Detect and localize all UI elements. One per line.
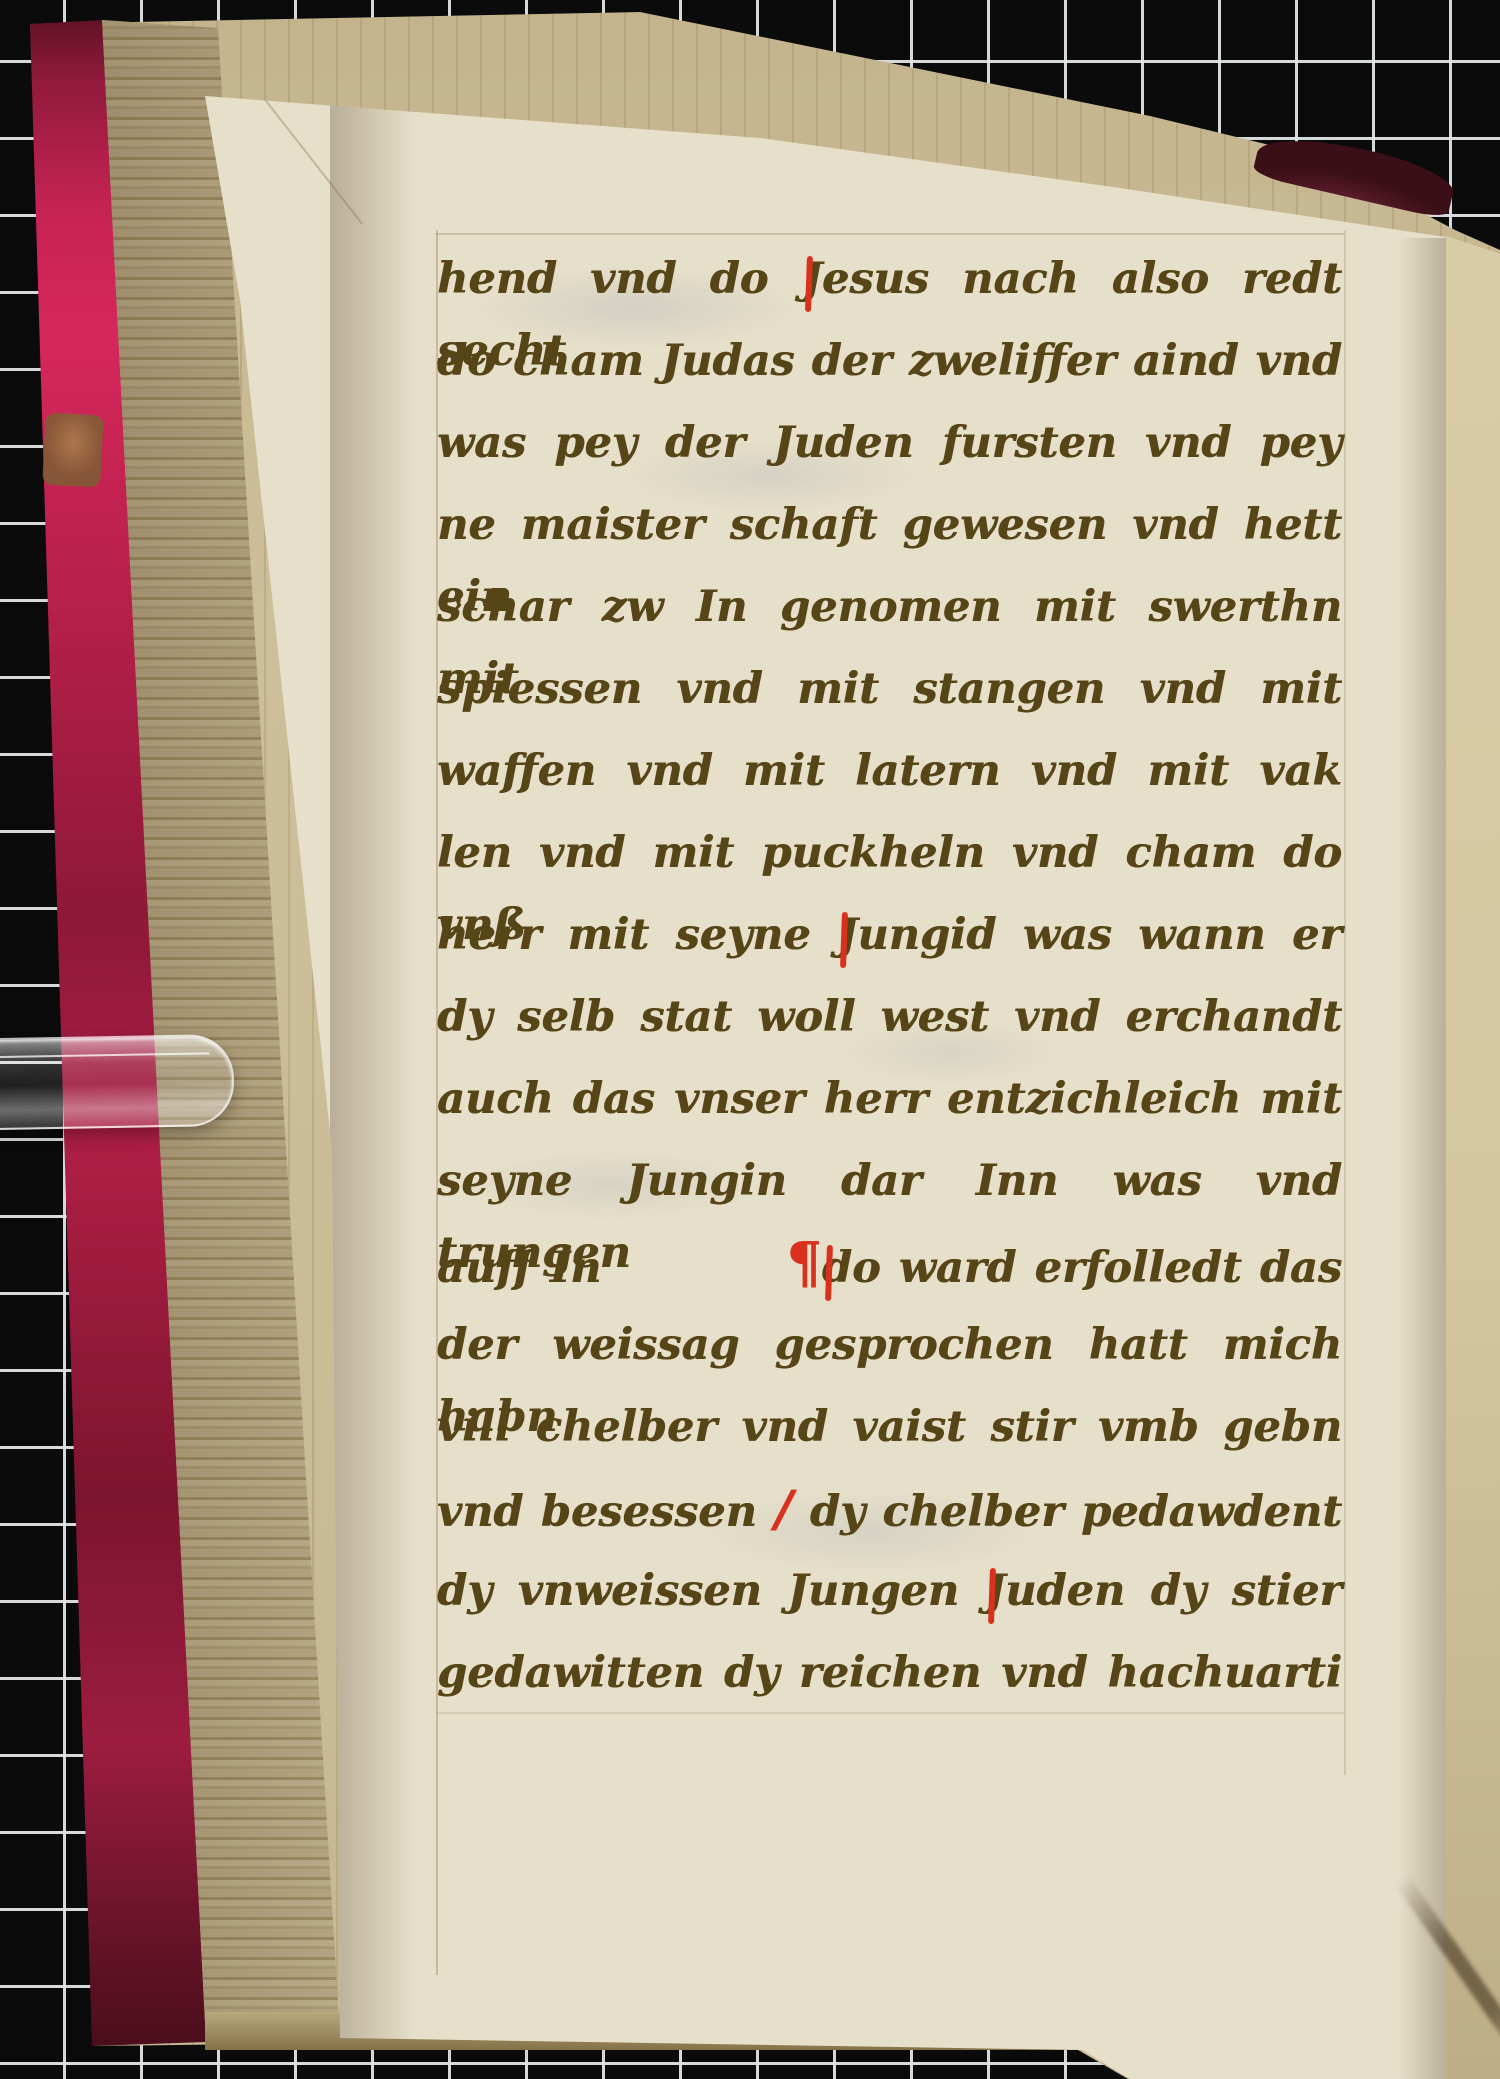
ink-text: dy chelber pedawdent bbox=[792, 1487, 1342, 1537]
manuscript-line: waffen vnd mit latern vnd mit vak bbox=[437, 735, 1342, 817]
ink-text: auch das vnser herr entzichleich mit bbox=[437, 1074, 1342, 1124]
rubricated-word: Juden bbox=[985, 1566, 1125, 1616]
calibration-grid-background: hend vnd do Jesus nach also redt sechtdo… bbox=[0, 0, 1500, 2079]
clamp-highlight bbox=[0, 1052, 210, 1058]
manuscript-line: hend vnd do Jesus nach also redt secht bbox=[437, 243, 1342, 325]
manuscript-line: was pey der Juden fursten vnd pey bbox=[437, 407, 1342, 489]
manuscript-line: dy vnweissen Jungen Juden dy stier bbox=[437, 1555, 1342, 1637]
manuscript-line: vill chelber vnd vaist stir vmb gebn bbox=[437, 1391, 1342, 1473]
rubricated-word: do bbox=[822, 1243, 881, 1293]
manuscript-line: schar zw In genomen mit swerthn mit bbox=[437, 571, 1342, 653]
manuscript-line: seyne Jungin dar Inn was vnd trungen bbox=[437, 1145, 1342, 1227]
ink-text: was pey der Juden fursten vnd pey bbox=[437, 418, 1342, 468]
manuscript-line: ne maister schaft gewesen vnd hett ein bbox=[437, 489, 1342, 571]
ink-text: vnd besessen bbox=[437, 1487, 774, 1537]
pilcrow-mark: ¶ bbox=[786, 1230, 822, 1296]
manuscript-line: dy selb stat woll west vnd erchandt bbox=[437, 981, 1342, 1063]
rubricated-word: Jungid bbox=[837, 910, 996, 960]
rubricated-word: Jesus bbox=[802, 254, 929, 304]
ink-text: dy vnweissen Jungen bbox=[437, 1566, 985, 1616]
manuscript-line: herr mit seyne Jungid was wann er bbox=[437, 899, 1342, 981]
virgule-mark: / bbox=[774, 1479, 792, 1538]
spine-clasp-remnant bbox=[42, 413, 104, 488]
manuscript-line: len vnd mit puckheln vnd cham do vnß bbox=[437, 817, 1342, 899]
ink-text: spiessen vnd mit stangen vnd mit bbox=[437, 664, 1342, 714]
ink-text: hend vnd do bbox=[437, 254, 802, 304]
ink-text: auff In bbox=[437, 1243, 601, 1293]
ink-text: dy selb stat woll west vnd erchandt bbox=[437, 992, 1342, 1042]
ink-text: ward erfolledt das bbox=[881, 1243, 1342, 1293]
manuscript-line: vnd besessen / dy chelber pedawdent bbox=[437, 1473, 1342, 1555]
manuscript-line: auch das vnser herr entzichleich mit bbox=[437, 1063, 1342, 1145]
ink-text: waffen vnd mit latern vnd mit vak bbox=[437, 746, 1342, 796]
line-gap bbox=[601, 1281, 786, 1282]
ink-text: was wann er bbox=[996, 910, 1342, 960]
page-weight-clamp bbox=[0, 1034, 235, 1130]
ink-text: vill chelber vnd vaist stir vmb gebn bbox=[437, 1402, 1342, 1452]
ink-text: herr mit seyne bbox=[437, 910, 837, 960]
ink-text: dy stier bbox=[1125, 1566, 1342, 1616]
manuscript-line: der weissag gesprochen hatt mich habn bbox=[437, 1309, 1342, 1391]
manuscript-line: spiessen vnd mit stangen vnd mit bbox=[437, 653, 1342, 735]
ink-text: do cham Judas der zweliffer aind vnd bbox=[437, 336, 1342, 386]
ink-text: gedawitten dy reichen vnd hachuarti bbox=[437, 1648, 1342, 1698]
manuscript-line: auff In¶do ward erfolledt das bbox=[437, 1227, 1342, 1309]
manuscript-line: do cham Judas der zweliffer aind vnd bbox=[437, 325, 1342, 407]
manuscript-line: gedawitten dy reichen vnd hachuarti bbox=[437, 1637, 1342, 1719]
